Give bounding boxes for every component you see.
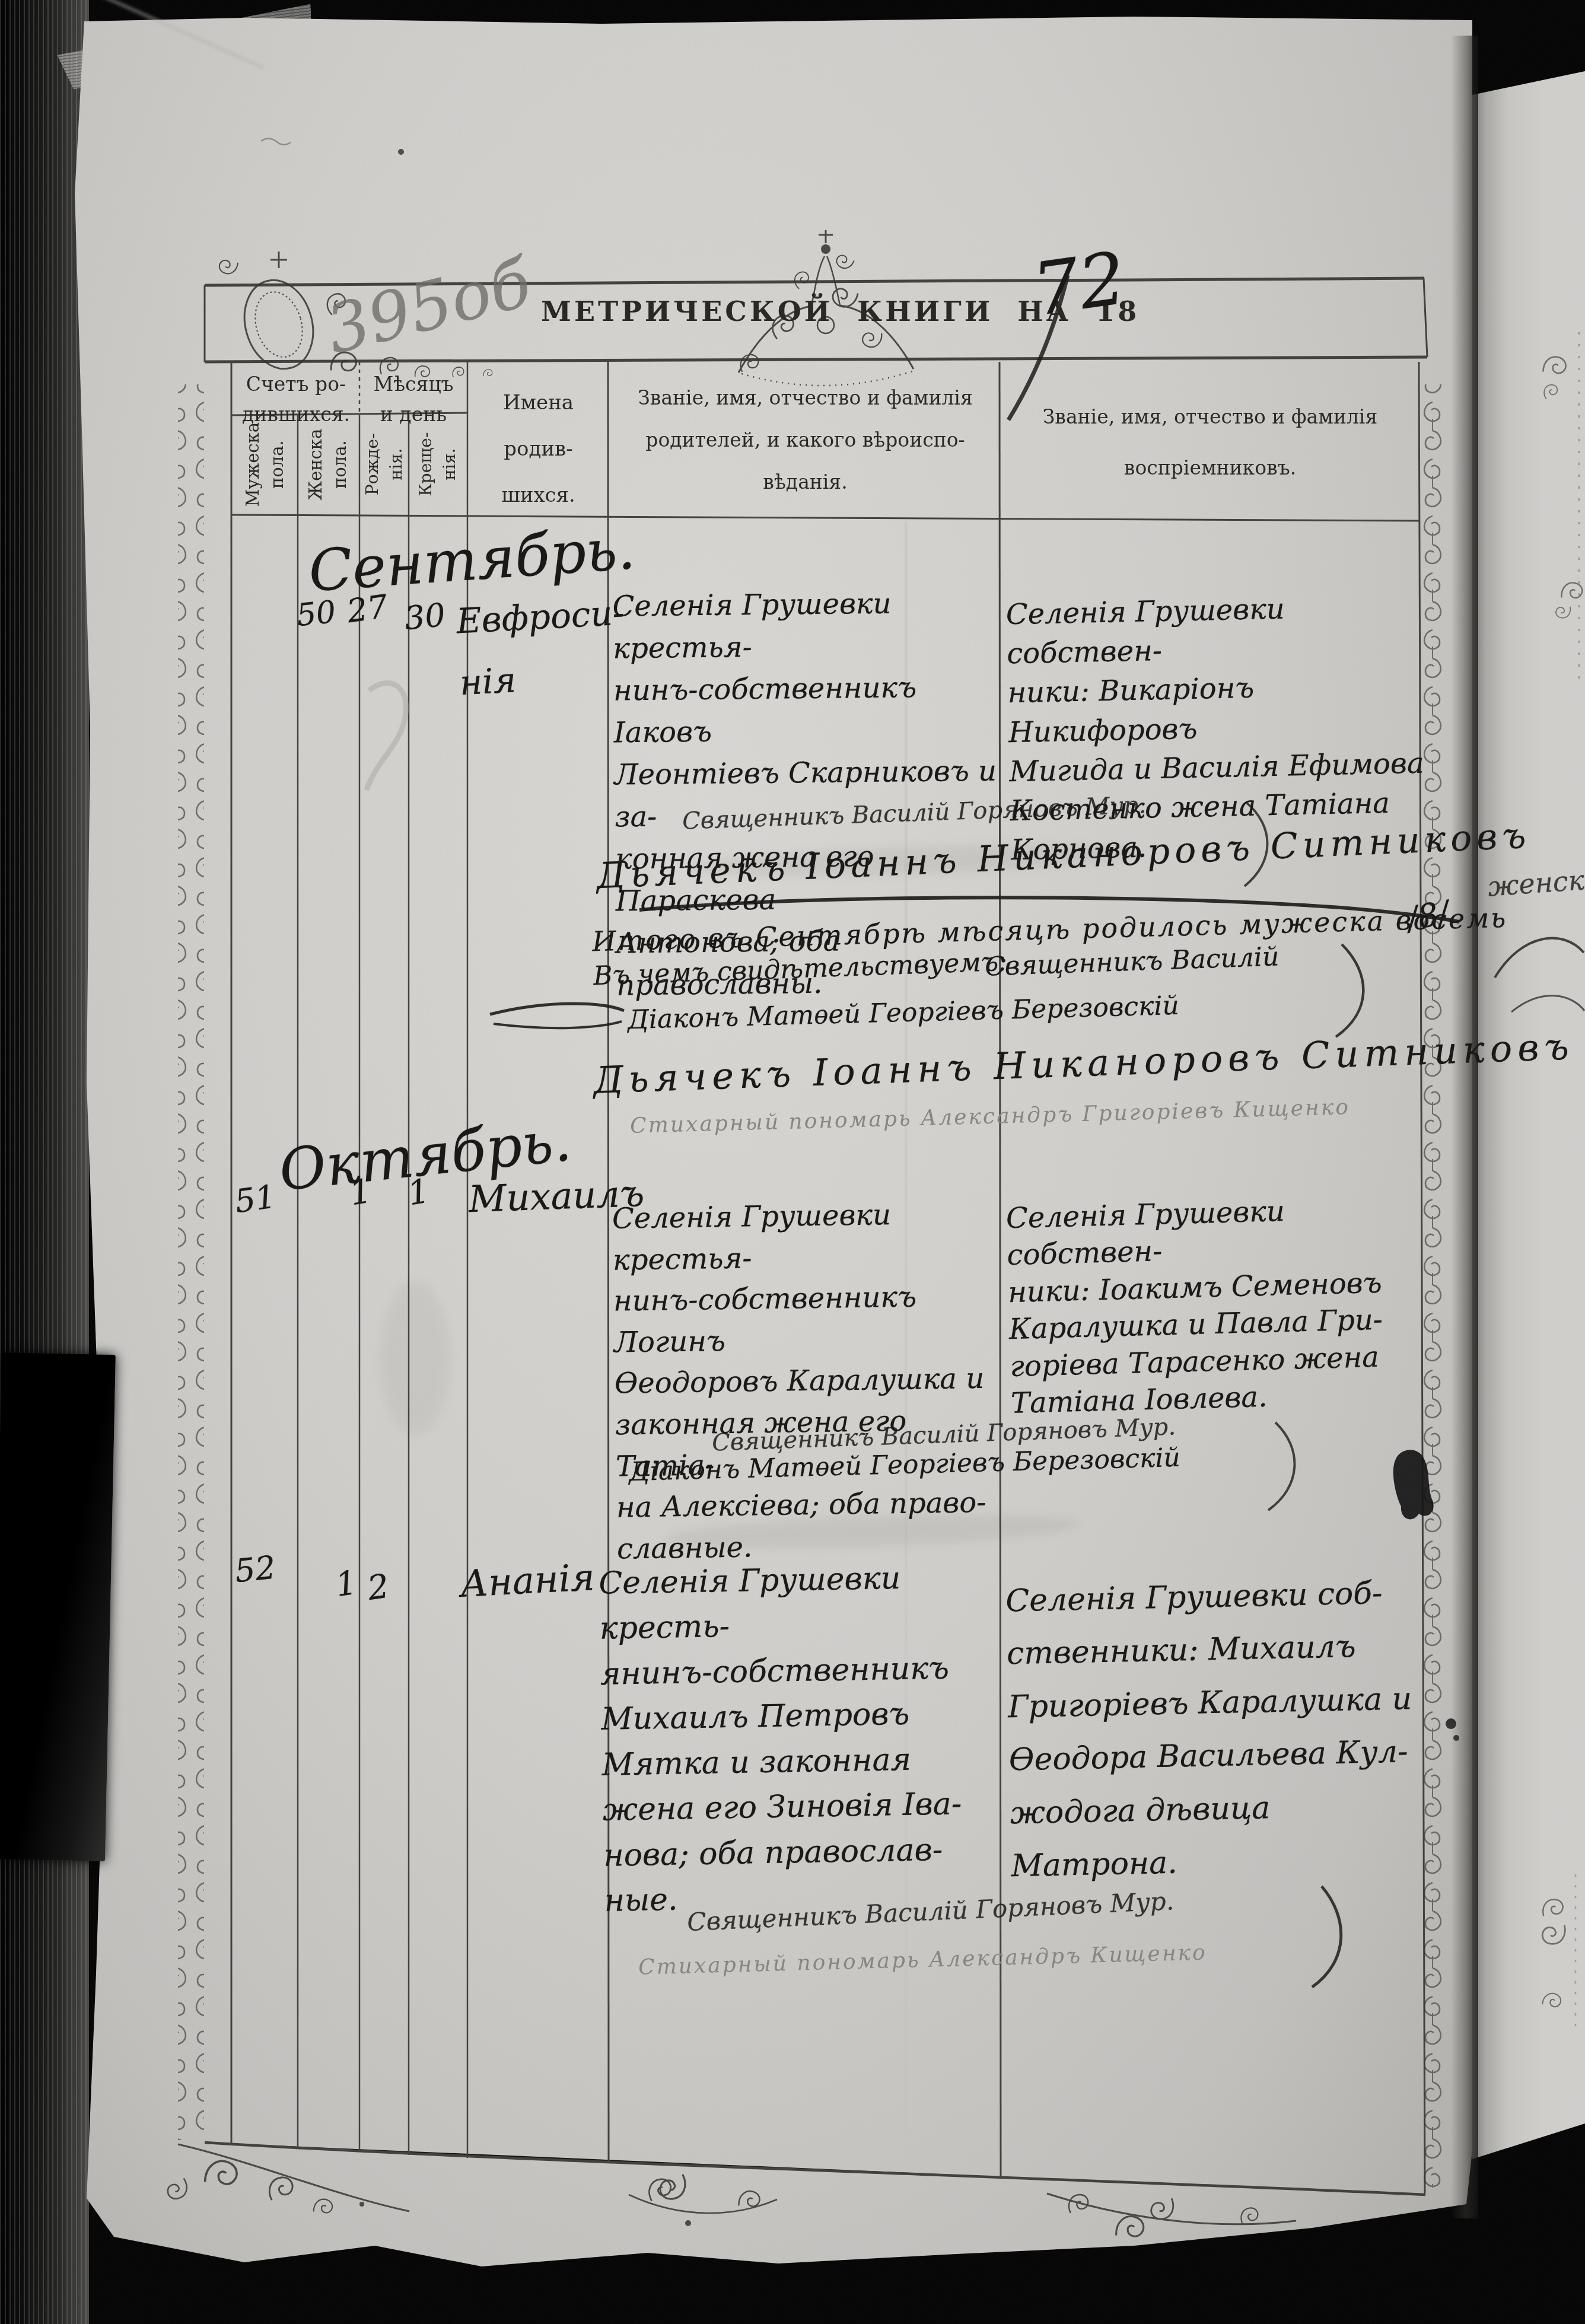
entry-50-baptism-day: 30 — [403, 596, 447, 638]
col-header-names: Имена родив- шихся. — [469, 380, 608, 519]
col-header-baptism-day: Креще- нія. — [409, 416, 467, 512]
col-header-female: Женска пола. — [297, 416, 359, 512]
entry-51-parents: Селенія Грушевки крестья- нинъ-собственн… — [612, 1193, 1009, 1570]
entry-50-female-count: 50 — [295, 594, 338, 634]
next-page-sheet — [1472, 71, 1585, 2171]
entry-51-godparents: Селенія Грушевки собствен- ники: Іоакимъ… — [1005, 1189, 1427, 1422]
bookmark-strap — [0, 1352, 116, 1861]
entry-52-godparents: Селенія Грушевки соб- ственники: Михаилъ… — [1005, 1567, 1427, 1893]
col-header-godparents: Званіе, имя, отчество и фамилія воспріем… — [1002, 391, 1418, 494]
next-page-text-fragment: женск — [1487, 864, 1585, 902]
col-header-parents: Званіе, имя, отчество и фамилія родителе… — [611, 377, 1000, 504]
entry-52-male-count: 52 — [233, 1549, 278, 1590]
entry-52-name: Ананія — [459, 1555, 596, 1606]
scanned-metrical-book-page: 395об МЕТРИЧЕСКОЙ КНИГИ НА 18 72 Счетъ р… — [0, 0, 1585, 2324]
col-header-birth-day: Рожде- нія. — [359, 416, 409, 512]
ink-bleedthrough-smudge — [380, 1281, 451, 1435]
entry-50-name: Евфроси- нія — [455, 582, 629, 714]
book-spine-edge — [0, 0, 89, 2324]
entry-50-birth-day: 27 — [345, 588, 390, 631]
entry-52-parents: Селенія Грушевки кресть- янинъ-собственн… — [599, 1554, 997, 1924]
register-year-handwritten: 72 — [1028, 236, 1131, 332]
gutter-shadow — [1451, 36, 1478, 2218]
monthly-total-count: /8/ — [1404, 893, 1452, 937]
col-header-male: Мужеска пола. — [233, 416, 298, 512]
entry-51-male-count: 51 — [233, 1178, 278, 1221]
